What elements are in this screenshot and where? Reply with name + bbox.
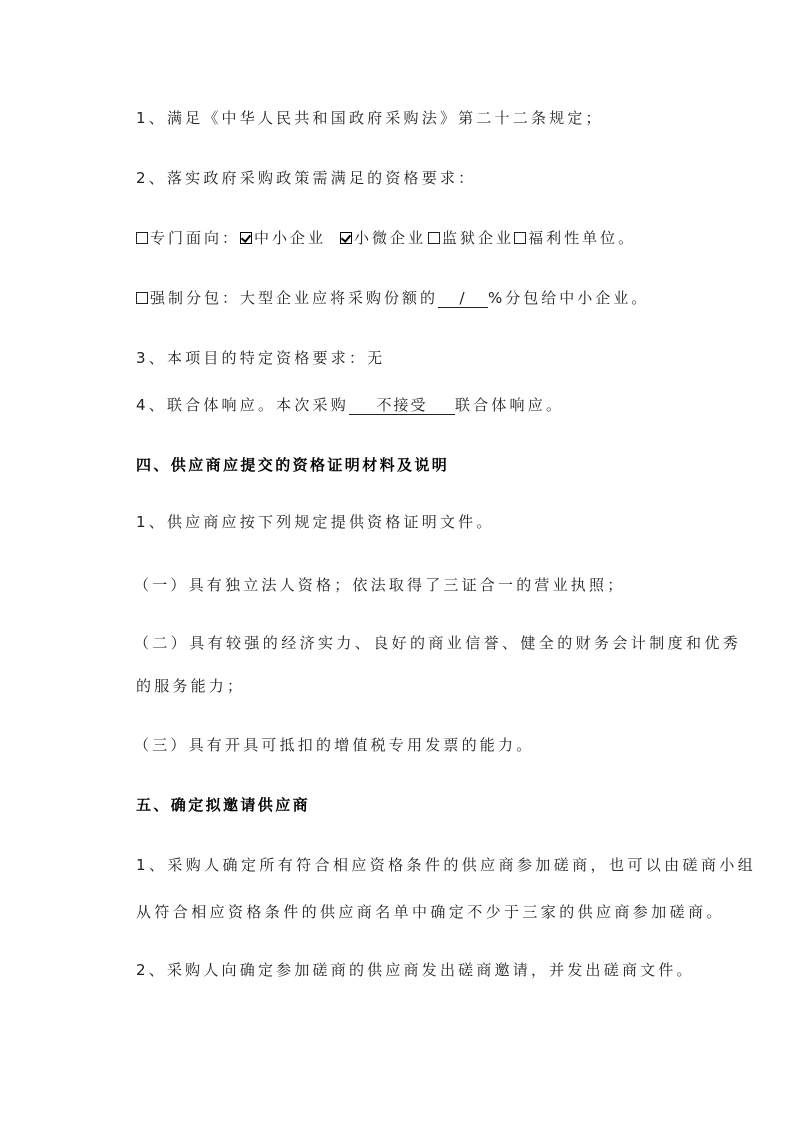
consortium-suffix: 联合体响应。 [455,396,564,414]
consortium-value-field[interactable]: 不接受 [349,396,455,415]
prison-enterprise-label: 监狱企业 [442,229,514,247]
section-4-subitem-3: （三）具有开具可抵扣的增值税专用发票的能力。 [134,735,534,755]
welfare-unit-label: 福利性单位。 [528,229,636,247]
requirement-item-1: 1、满足《中华人民共和国政府采购法》第二十二条规定； [136,108,604,128]
sme-label: 中小企业 [254,229,326,247]
requirement-item-2: 2、落实政府采购政策需满足的资格要求： [136,168,476,188]
prison-enterprise-checkbox[interactable] [428,232,440,244]
subcontract-checkbox[interactable] [136,292,148,304]
consortium-prefix: 4、联合体响应。本次采购 [136,396,349,414]
subcontract-percentage-field[interactable]: / [438,289,488,308]
requirement-item-4: 4、联合体响应。本次采购不接受联合体响应。 [136,395,564,415]
micro-enterprise-checkbox[interactable] [340,232,352,244]
micro-enterprise-label: 小微企业 [354,229,426,247]
section-4-subitem-2-line-2: 的服务能力； [136,676,245,696]
requirement-item-3: 3、本项目的特定资格要求：无 [136,348,385,368]
sme-checkbox[interactable] [240,232,252,244]
subcontract-suffix: %分包给中小企业。 [488,289,649,307]
subcontract-prefix: 强制分包：大型企业应将采购份额的 [150,289,438,307]
targeted-row: 专门面向：中小企业小微企业监狱企业福利性单位。 [136,228,636,248]
section-5-heading: 五、确定拟邀请供应商 [136,795,310,815]
section-4-paragraph-1: 1、供应商应按下列规定提供资格证明文件。 [136,512,495,532]
document-page: 1、满足《中华人民共和国政府采购法》第二十二条规定； 2、落实政府采购政策需满足… [0,0,793,1122]
welfare-unit-checkbox[interactable] [514,232,526,244]
targeted-checkbox[interactable] [136,232,148,244]
subcontract-row: 强制分包：大型企业应将采购份额的/%分包给中小企业。 [136,288,649,308]
targeted-label: 专门面向： [150,229,240,247]
section-4-heading: 四、供应商应提交的资格证明材料及说明 [136,455,449,475]
section-5-paragraph-1-line-2: 从符合相应资格条件的供应商名单中确定不少于三家的供应商参加磋商。 [136,902,725,922]
section-4-subitem-1: （一）具有独立法人资格；依法取得了三证合一的营业执照； [134,575,625,595]
section-5-paragraph-1-line-1: 1、采购人确定所有符合相应资格条件的供应商参加磋商，也可以由磋商小组 [136,855,756,875]
section-5-paragraph-2: 2、采购人向确定参加磋商的供应商发出磋商邀请，并发出磋商文件。 [136,960,695,980]
section-4-subitem-2-line-1: （二）具有较强的经济实力、良好的商业信誉、健全的财务会计制度和优秀 [134,633,741,653]
